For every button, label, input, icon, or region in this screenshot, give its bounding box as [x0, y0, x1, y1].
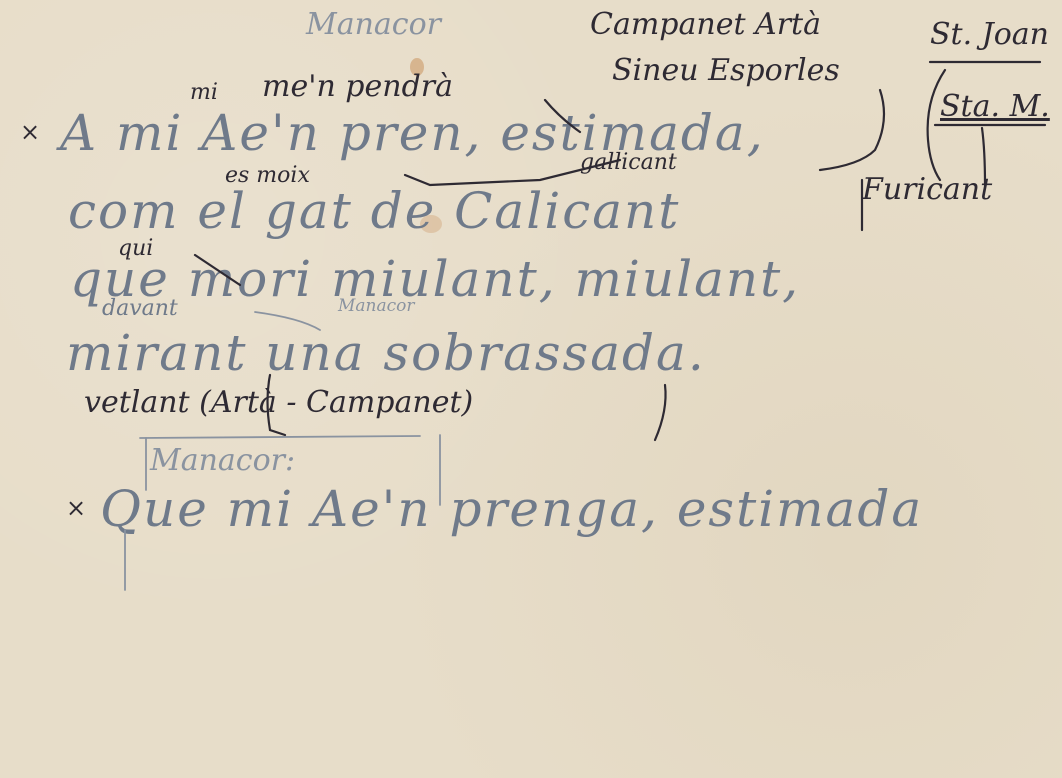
- variant-sineu-esporles: Sineu Esporles: [612, 56, 840, 86]
- verse-line-4: mirant una sobrassada.: [66, 328, 706, 378]
- annotation-manacor-small: Manacor: [338, 298, 415, 315]
- variant-campanet-arta: Campanet Artà: [590, 10, 821, 40]
- variant-label-manacor: Manacor:: [150, 446, 295, 476]
- verse-line-6: Que mi Ae'n prenga, estimada: [100, 484, 923, 534]
- annotation-davant: davant: [102, 298, 178, 320]
- verse-line-3: que mori miulant, miulant,: [70, 254, 800, 304]
- variant-vetlant: vetlant (Artà - Campanet): [84, 388, 473, 418]
- annotation-furicant: Furicant: [862, 175, 992, 205]
- verse-line-2: com el gat de Calicant: [68, 186, 680, 236]
- verse-marker-icon: ×: [20, 120, 40, 144]
- manuscript-card: Manacor Campanet Artà St. Joan Sineu Esp…: [0, 0, 1062, 778]
- annotation-mi: mi: [190, 82, 218, 104]
- verse-marker-icon: ×: [66, 496, 86, 520]
- variant-manacor: Manacor: [306, 10, 441, 40]
- variant-st-joan: St. Joan: [930, 20, 1049, 50]
- annotation-gallicant: gallicant: [580, 152, 677, 174]
- variant-sta-m: Sta. M.: [940, 92, 1050, 122]
- annotation-men-pendra: me'n pendrà: [262, 72, 453, 102]
